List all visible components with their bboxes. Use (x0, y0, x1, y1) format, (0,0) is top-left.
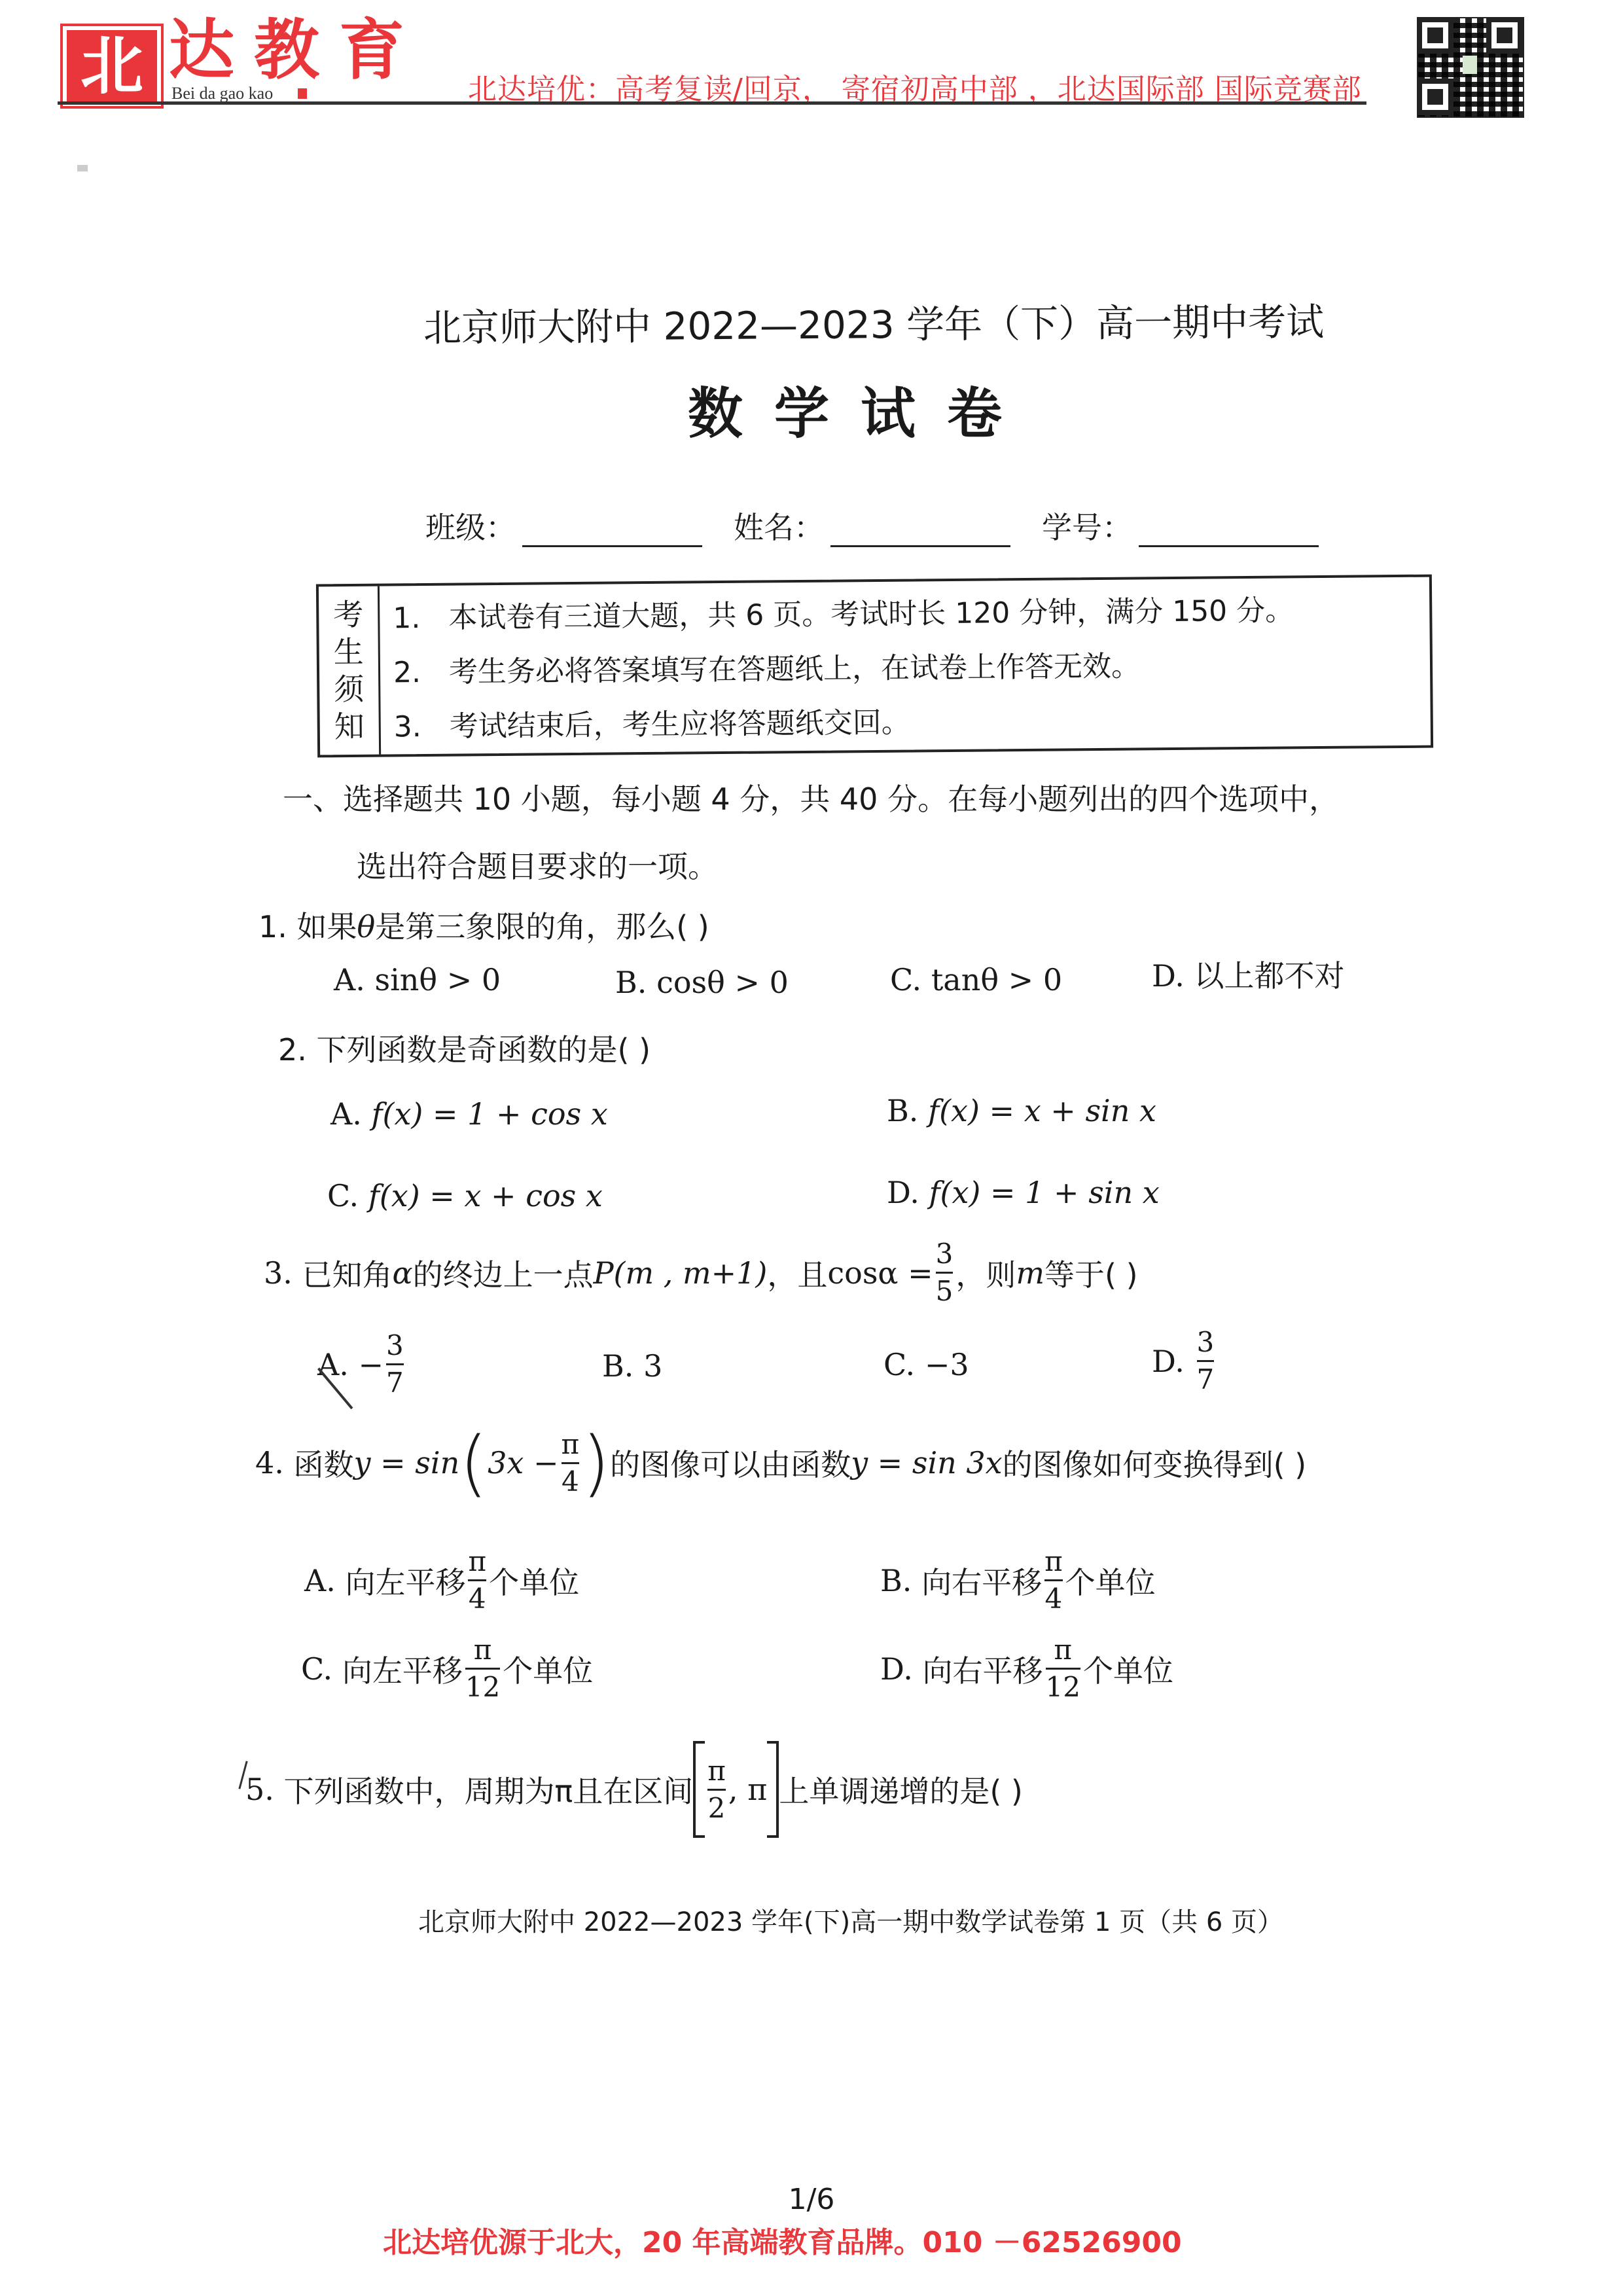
option-text: sinθ > 0 (374, 962, 501, 997)
notice-item-number: 2. (393, 645, 450, 700)
paren-left: ( (459, 1427, 488, 1499)
question-stem: 如果 (297, 909, 357, 944)
notice-item-text: 考试结束后，考生应将答题纸交回。 (450, 706, 910, 744)
fraction: π4 (562, 1431, 580, 1496)
option-4d[interactable]: D. 向右平移 π12 个单位 (880, 1636, 1173, 1701)
header-divider (58, 101, 1366, 105)
numerator: π (1054, 1636, 1072, 1664)
option-text: cosθ > 0 (656, 965, 789, 1000)
fraction: π12 (1046, 1636, 1080, 1701)
exam-title: 北京师大附中 2022—2023 学年（下）高一期中考试 (0, 289, 1623, 355)
notice-heading-char: 知 (334, 708, 365, 745)
scan-artifact (77, 165, 88, 171)
option-sign: − (358, 1347, 383, 1382)
option-3a[interactable]: A. − 37 (317, 1332, 406, 1397)
option-3d[interactable]: D. 37 (1152, 1329, 1217, 1393)
question-stem: ，则 (955, 1251, 1016, 1295)
option-2a[interactable]: A. f(x) = 1 + cos x (330, 1096, 608, 1132)
option-label: A. (330, 1096, 362, 1132)
math-func: y = sin 3x (851, 1445, 1003, 1480)
notice-heading: 考 生 须 知 (319, 586, 381, 755)
option-2d[interactable]: D. f(x) = 1 + sin x (887, 1175, 1160, 1210)
option-label: B. (880, 1563, 912, 1598)
notice-heading-char: 考 (333, 596, 363, 633)
logo-square-icon (298, 88, 307, 99)
question-stem: 的图像如何变换得到( ) (1003, 1441, 1307, 1484)
math-func: y = sin (354, 1445, 460, 1480)
name-field[interactable]: 姓名： (734, 504, 1010, 547)
question-stem: ，且 (767, 1251, 827, 1295)
name-blank[interactable] (830, 516, 1010, 547)
option-text: f(x) = x + sin x (928, 1093, 1156, 1128)
logo-text: 达教育 (169, 17, 424, 82)
notice-item-text: 考生务必将答案填写在答题纸上，在试卷上作答无效。 (449, 649, 1140, 689)
math-var: m (1016, 1255, 1044, 1291)
denominator: 12 (1046, 1674, 1080, 1701)
bracket-right (767, 1741, 779, 1838)
logo-pinyin: Bei da gao kao (171, 84, 273, 103)
math-var: α (393, 1255, 413, 1291)
section-instructions-line2: 选出符合题目要求的一项。 (357, 843, 718, 886)
numerator: π (1044, 1548, 1063, 1575)
page-footer: 北京师大附中 2022—2023 学年(下)高一期中数学试卷第 1 页（共 6 … (0, 1901, 1623, 1939)
page-number: 1/6 (0, 2183, 1623, 2216)
qr-logo-icon (1463, 56, 1477, 74)
option-2b[interactable]: B. f(x) = x + sin x (887, 1093, 1156, 1128)
option-1c[interactable]: C. tanθ > 0 (890, 962, 1062, 997)
option-1d[interactable]: D. 以上都不对 (1152, 952, 1345, 996)
option-text: −3 (925, 1347, 969, 1382)
question-stem: 已知角 (302, 1251, 393, 1295)
option-text: 向右平移 (921, 1559, 1042, 1602)
question-2: 2. 下列函数是奇函数的是( ) (278, 1026, 651, 1069)
denominator: 2 (708, 1795, 726, 1822)
option-label: A. (334, 962, 365, 997)
bracket-left (693, 1741, 705, 1838)
option-text: 个单位 (1065, 1559, 1156, 1602)
question-stem: 下列函数中，周期为π且在区间 (284, 1768, 694, 1811)
paren-right: ) (582, 1427, 610, 1499)
denominator: 7 (1197, 1366, 1215, 1393)
fraction: 37 (1197, 1329, 1215, 1393)
math-var: θ (357, 909, 376, 944)
class-blank[interactable] (522, 516, 702, 547)
option-3b[interactable]: B. 3 (602, 1348, 662, 1384)
notice-item: 1.本试卷有三道大题，共 6 页。考试时长 120 分钟，满分 150 分。 (393, 583, 1430, 646)
denominator: 5 (936, 1278, 954, 1305)
qr-finder-icon (1417, 79, 1454, 115)
question-5: 5. 下列函数中，周期为π且在区间 π2 , π 上单调递增的是( ) (245, 1741, 1023, 1838)
question-stem: 的图像可以由函数 (610, 1441, 851, 1484)
fraction: 35 (936, 1240, 954, 1305)
notice-heading-char: 须 (334, 670, 364, 708)
notice-item-number: 3. (393, 700, 450, 755)
question-stem: 上单调递增的是( ) (779, 1768, 1023, 1811)
student-id-label: 学号： (1042, 504, 1132, 547)
option-label: A. (304, 1563, 336, 1598)
question-stem: 下列函数是奇函数的是( ) (317, 1032, 651, 1067)
option-text: f(x) = 1 + cos x (371, 1096, 607, 1132)
option-label: A. (317, 1347, 349, 1382)
option-text: tanθ > 0 (931, 962, 1062, 997)
qr-finder-icon (1486, 17, 1523, 54)
option-label: D. (880, 1651, 913, 1687)
numerator: π (707, 1757, 726, 1785)
subject-title: 数学试卷 (0, 370, 1623, 449)
numerator: π (474, 1636, 492, 1664)
option-label: D. (887, 1175, 919, 1210)
student-info-line: 班级： 姓名： 学号： (425, 504, 1350, 547)
question-number: 5. (245, 1772, 274, 1807)
class-label: 班级： (425, 504, 516, 547)
denominator: 4 (562, 1468, 579, 1496)
option-label: C. (890, 962, 921, 997)
option-3c[interactable]: C. −3 (883, 1347, 969, 1382)
option-text: 个单位 (503, 1647, 593, 1691)
option-1b[interactable]: B. cosθ > 0 (615, 965, 789, 1000)
numerator: 3 (386, 1332, 404, 1359)
option-text: 向左平移 (342, 1647, 463, 1691)
option-text: f(x) = x + cos x (368, 1178, 603, 1213)
question-stem: 函数 (294, 1441, 354, 1484)
question-1: 1. 如果θ是第三象限的角，那么( ) (259, 903, 709, 946)
question-number: 3. (264, 1255, 293, 1291)
option-label: B. (887, 1093, 918, 1128)
math-point: P(m , m+1) (594, 1255, 768, 1291)
option-2c[interactable]: C. f(x) = x + cos x (327, 1178, 603, 1213)
option-text: 以上都不对 (1194, 958, 1345, 994)
student-id-blank[interactable] (1139, 516, 1319, 547)
notice-list: 1.本试卷有三道大题，共 6 页。考试时长 120 分钟，满分 150 分。 2… (380, 577, 1431, 755)
denominator: 7 (386, 1369, 404, 1397)
fraction: π2 (707, 1757, 726, 1822)
question-3: 3. 已知角 α 的终边上一点 P(m , m+1) ，且 cosα = 35 … (264, 1240, 1138, 1305)
logo-mark: 北 (60, 24, 164, 109)
option-label: D. (1152, 958, 1185, 994)
option-label: C. (327, 1178, 359, 1213)
interval-end: , π (728, 1772, 767, 1807)
question-stem: 的终边上一点 (413, 1251, 594, 1295)
qr-finder-icon (1417, 17, 1454, 54)
option-text: 向左平移 (345, 1559, 465, 1602)
notice-item-text: 本试卷有三道大题，共 6 页。考试时长 120 分钟，满分 150 分。 (448, 594, 1294, 634)
brand-footer: 北达培优源于北大，20 年高端教育品牌。010 －62526900 (383, 2219, 1182, 2261)
option-4c[interactable]: C. 向左平移 π12 个单位 (301, 1636, 593, 1701)
question-stem: 是第三象限的角，那么( ) (375, 909, 709, 944)
question-stem: 等于( ) (1044, 1251, 1138, 1295)
numerator: π (468, 1548, 486, 1575)
numerator: 3 (1197, 1329, 1215, 1356)
option-label: C. (883, 1347, 915, 1382)
numerator: π (562, 1431, 580, 1458)
question-4: 4. 函数 y = sin ( 3x − π4 ) 的图像可以由函数 y = s… (255, 1427, 1306, 1499)
option-label: B. (602, 1348, 633, 1384)
option-label: C. (301, 1651, 332, 1687)
option-text: 向右平移 (923, 1647, 1043, 1691)
notice-item-number: 1. (393, 591, 449, 646)
math-inner: 3x − (488, 1445, 558, 1480)
option-text: 个单位 (489, 1559, 579, 1602)
denominator: 12 (465, 1674, 500, 1701)
question-number: 2. (278, 1032, 307, 1067)
notice-item: 3.考试结束后，考生应将答题纸交回。 (393, 691, 1431, 755)
section-instructions-line1: 一、选择题共 10 小题，每小题 4 分，共 40 分。在每小题列出的四个选项中… (283, 776, 1339, 819)
option-4b[interactable]: B. 向右平移 π4 个单位 (880, 1548, 1156, 1613)
notice-item: 2.考生务必将答案填写在答题纸上，在试卷上作答无效。 (393, 637, 1431, 700)
option-text: f(x) = 1 + sin x (929, 1175, 1160, 1210)
fraction: π12 (465, 1636, 500, 1701)
question-number: 1. (259, 909, 287, 944)
option-1a[interactable]: A. sinθ > 0 (334, 962, 501, 997)
option-text: 个单位 (1083, 1647, 1173, 1691)
student-id-field[interactable]: 学号： (1042, 504, 1319, 547)
option-label: B. (615, 965, 647, 1000)
fraction: 37 (386, 1332, 404, 1397)
math-cos: cosα = (827, 1255, 933, 1291)
option-label: D. (1152, 1344, 1185, 1379)
fraction: π4 (468, 1548, 486, 1613)
option-4a[interactable]: A. 向左平移 π4 个单位 (304, 1548, 579, 1613)
denominator: 4 (1045, 1585, 1063, 1613)
fraction: π4 (1044, 1548, 1063, 1613)
notice-heading-char: 生 (334, 633, 364, 670)
option-text: 3 (643, 1348, 662, 1384)
question-number: 4. (255, 1445, 284, 1480)
class-field[interactable]: 班级： (425, 504, 702, 547)
notice-box: 考 生 须 知 1.本试卷有三道大题，共 6 页。考试时长 120 分钟，满分 … (316, 575, 1433, 758)
name-label: 姓名： (734, 504, 824, 547)
logo-char: 北 (80, 35, 143, 98)
denominator: 4 (469, 1585, 486, 1613)
numerator: 3 (936, 1240, 954, 1268)
